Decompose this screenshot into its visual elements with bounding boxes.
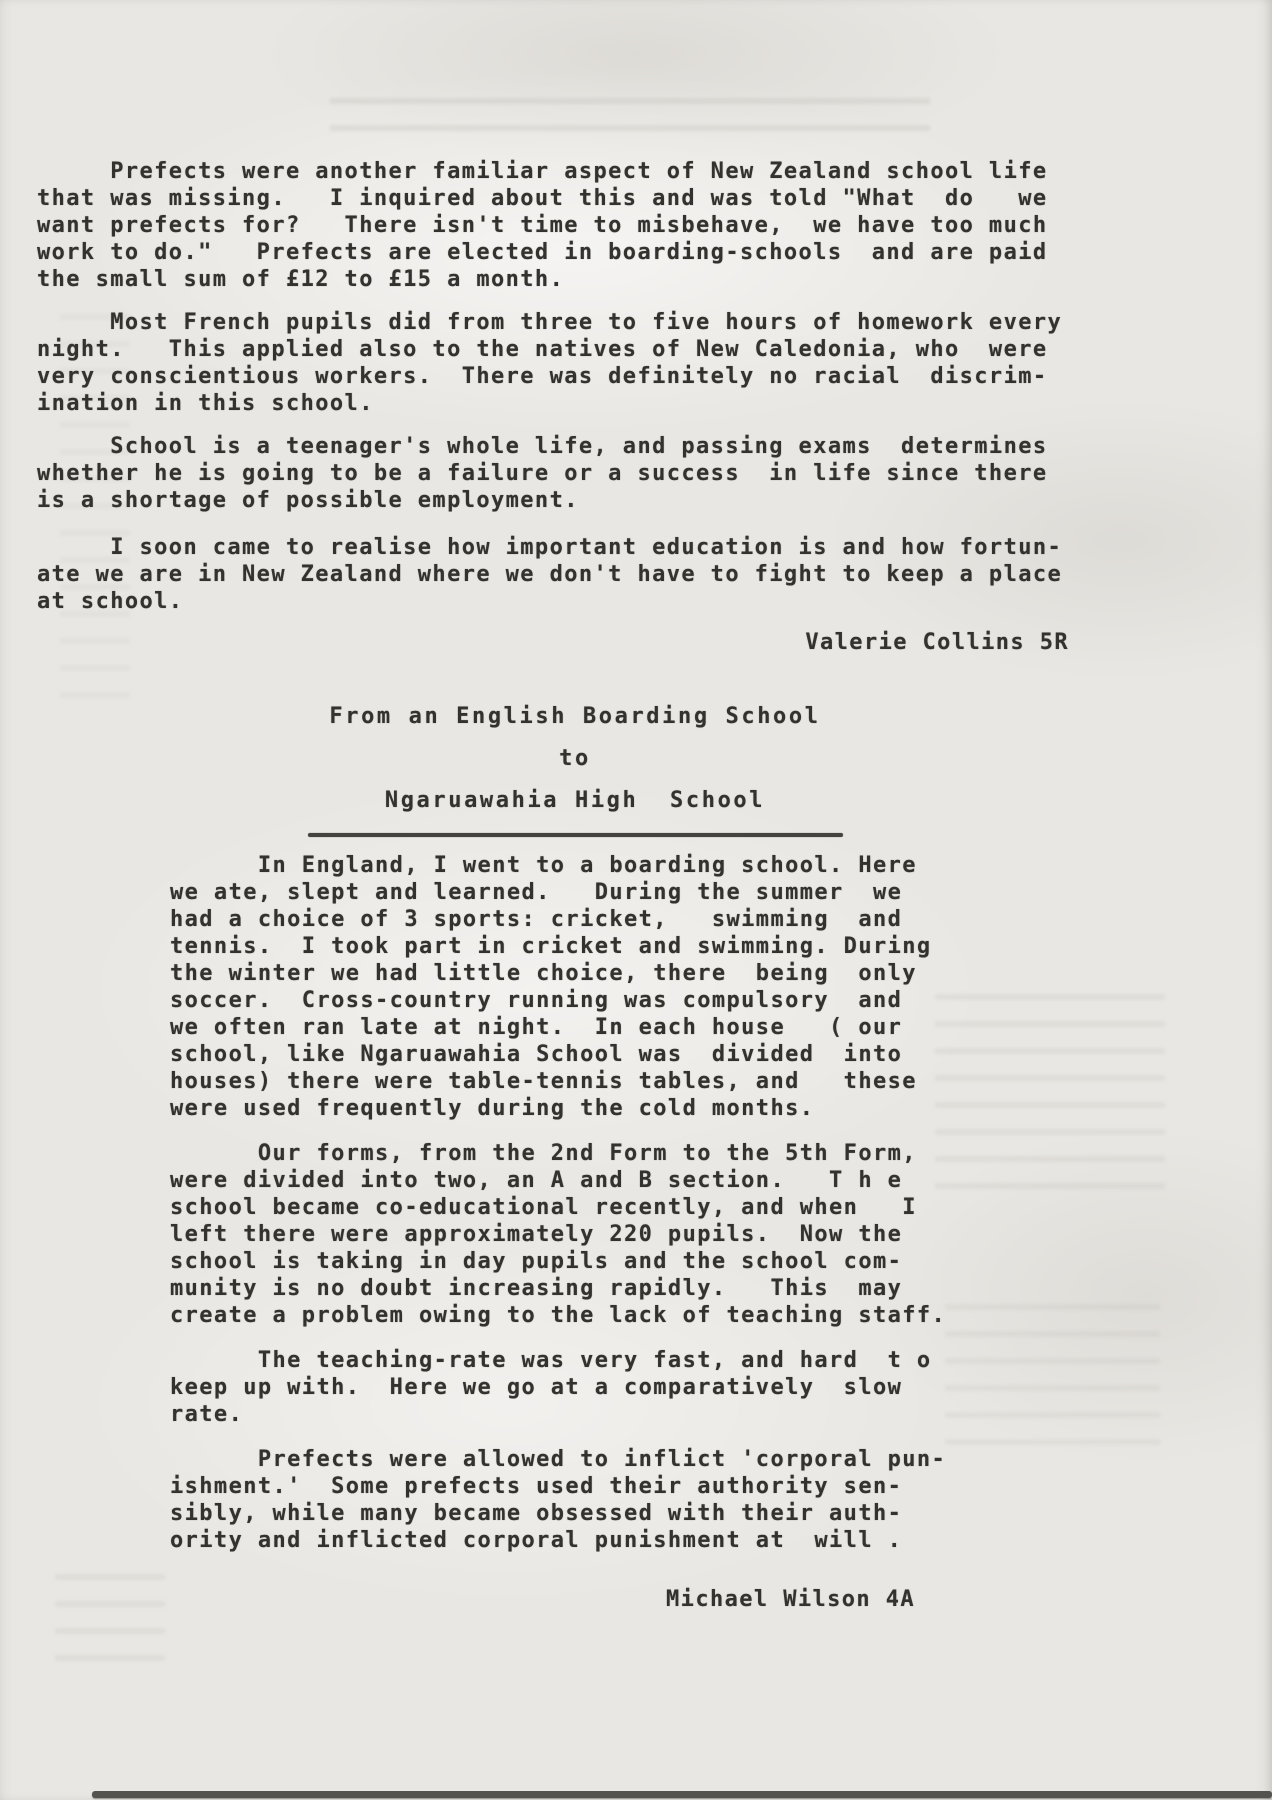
paragraph-teaching-rate: The teaching-rate was very fast, and har… — [170, 1347, 915, 1428]
heading-line-school: Ngaruawahia High School — [180, 780, 970, 822]
article-english-boarding-school: In England, I went to a boarding school.… — [170, 852, 915, 1613]
paragraph-forms-sections: Our forms, from the 2nd Form to the 5th … — [170, 1140, 915, 1329]
heading-line-from: From an English Boarding School — [180, 696, 970, 738]
scanned-document-page: Prefects were another familiar aspect of… — [0, 0, 1272, 1800]
paragraph-school-whole-life: School is a teenager's whole life, and p… — [37, 433, 1097, 514]
paragraph-education-important: I soon came to realise how important edu… — [37, 534, 1097, 615]
paragraph-french-pupils: Most French pupils did from three to fiv… — [37, 309, 1097, 417]
bleed-through-mark — [330, 84, 930, 140]
article-heading: From an English Boarding School to Ngaru… — [180, 696, 970, 837]
paragraph-boarding-school-life: In England, I went to a boarding school.… — [170, 852, 915, 1122]
paragraph-prefects-punishment: Prefects were allowed to inflict 'corpor… — [170, 1446, 915, 1554]
scan-edge-artifact — [92, 1791, 1272, 1798]
heading-line-to: to — [180, 738, 970, 780]
bleed-through-mark — [55, 1560, 165, 1670]
paragraph-prefects: Prefects were another familiar aspect of… — [37, 158, 1097, 293]
author-signature-valerie-collins: Valerie Collins 5R — [37, 629, 1097, 656]
bleed-through-mark — [945, 1290, 1160, 1460]
bleed-through-mark — [935, 980, 1165, 1210]
article-new-zealand-school-life: Prefects were another familiar aspect of… — [37, 158, 1097, 656]
heading-underline — [308, 833, 843, 837]
author-signature-michael-wilson: Michael Wilson 4A — [170, 1586, 915, 1613]
